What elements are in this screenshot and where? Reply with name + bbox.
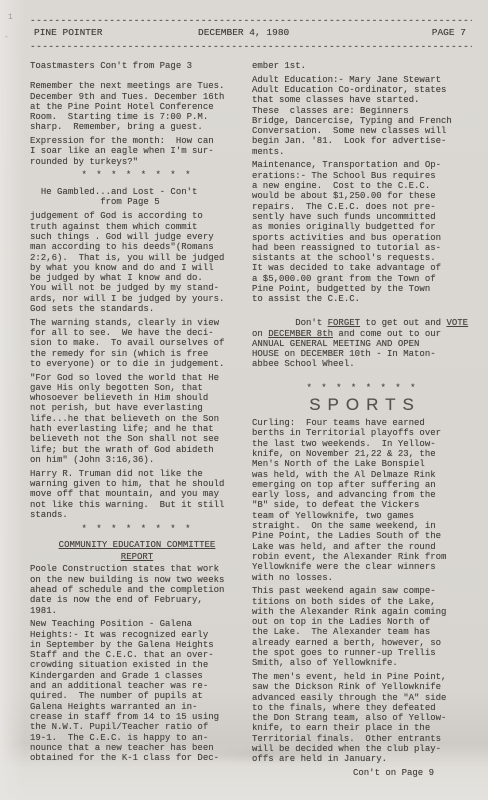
scan-artifact-tick: - (4, 34, 9, 42)
header-dash-top: ----------------------------------------… (30, 16, 472, 26)
maintenance-paragraph: Maintenance, Transportation and Op- erat… (252, 160, 472, 304)
scan-artifact-mark: 1 (8, 14, 13, 22)
vote-notice-segment: on (252, 329, 268, 339)
cec-paragraph-2: New Teaching Position - Galena Heights:-… (30, 619, 244, 763)
header-row: PINE POINTER DECEMBER 4, 1980 PAGE 7 (30, 26, 472, 42)
continued-on-page-note: Con't on Page 9 (252, 768, 472, 778)
gambled-paragraph-2: The warning stands, clearly in view for … (30, 318, 244, 369)
header-dash-bottom: ----------------------------------------… (30, 42, 472, 52)
asterisk-separator: * * * * * * * * (252, 383, 472, 393)
asterisk-separator: * * * * * * * * (30, 524, 244, 534)
sports-section-heading: SPORTS (258, 400, 472, 410)
right-column: ember 1st. Adult Education:- Mary Jane S… (252, 61, 472, 778)
curling-paragraph-2: This past weekend again saw compe- titio… (252, 586, 472, 668)
cec-report-heading: COMMUNITY EDUCATION COMMITTEE REPORT (30, 540, 244, 563)
expression-paragraph: Expression for the month: How can I soar… (30, 136, 244, 167)
toastmasters-continuation-heading: Toastmasters Con't from Page 3 (30, 61, 244, 71)
vote-notice-paragraph: Don't FORGET to get out and VOTE on DECE… (252, 308, 472, 380)
vote-notice-segment: to get out and (360, 318, 446, 328)
masthead-title: PINE POINTER (34, 27, 102, 39)
adult-education-paragraph: Adult Education:- Mary Jane Stewart Adul… (252, 75, 472, 157)
gambled-continuation-heading: He Gambled...and Lost - Con't from Page … (30, 187, 244, 208)
gambled-paragraph-1: judgement of God is according to truth a… (30, 211, 244, 314)
cec-heading-line1: COMMUNITY EDUCATION COMMITTEE (30, 540, 244, 550)
page-header: ----------------------------------------… (30, 16, 472, 52)
gambled-paragraph-3: "For God so loved the world that He gave… (30, 373, 244, 466)
issue-date: DECEMBER 4, 1980 (198, 27, 289, 39)
toastmasters-paragraph: Remember the next meetings are Tues. Dec… (30, 81, 244, 132)
curling-paragraph-1: Curling: Four teams have earned berths i… (252, 418, 472, 583)
continuation-fragment: ember 1st. (252, 61, 472, 71)
cec-paragraph-1: Poole Construction states that work on t… (30, 564, 244, 615)
vote-notice-segment: Don't (295, 318, 327, 328)
vote-notice-segment-underlined: DECEMBER 8th (268, 329, 333, 339)
left-column: Toastmasters Con't from Page 3 Remember … (30, 61, 244, 778)
cec-heading-line2: REPORT (30, 552, 244, 562)
vote-notice-segment-underlined: VOTE (446, 318, 468, 328)
curling-paragraph-3: The men's event, held in Pine Point, saw… (252, 672, 472, 765)
vote-notice-segment-underlined: FORGET (328, 318, 360, 328)
body-columns: Toastmasters Con't from Page 3 Remember … (30, 61, 472, 778)
gambled-paragraph-4: Harry R. Truman did not like the warning… (30, 469, 244, 520)
newsletter-page: 1 - ------------------------------------… (0, 0, 488, 800)
page-number: PAGE 7 (432, 27, 466, 39)
asterisk-separator: * * * * * * * * (30, 170, 244, 180)
